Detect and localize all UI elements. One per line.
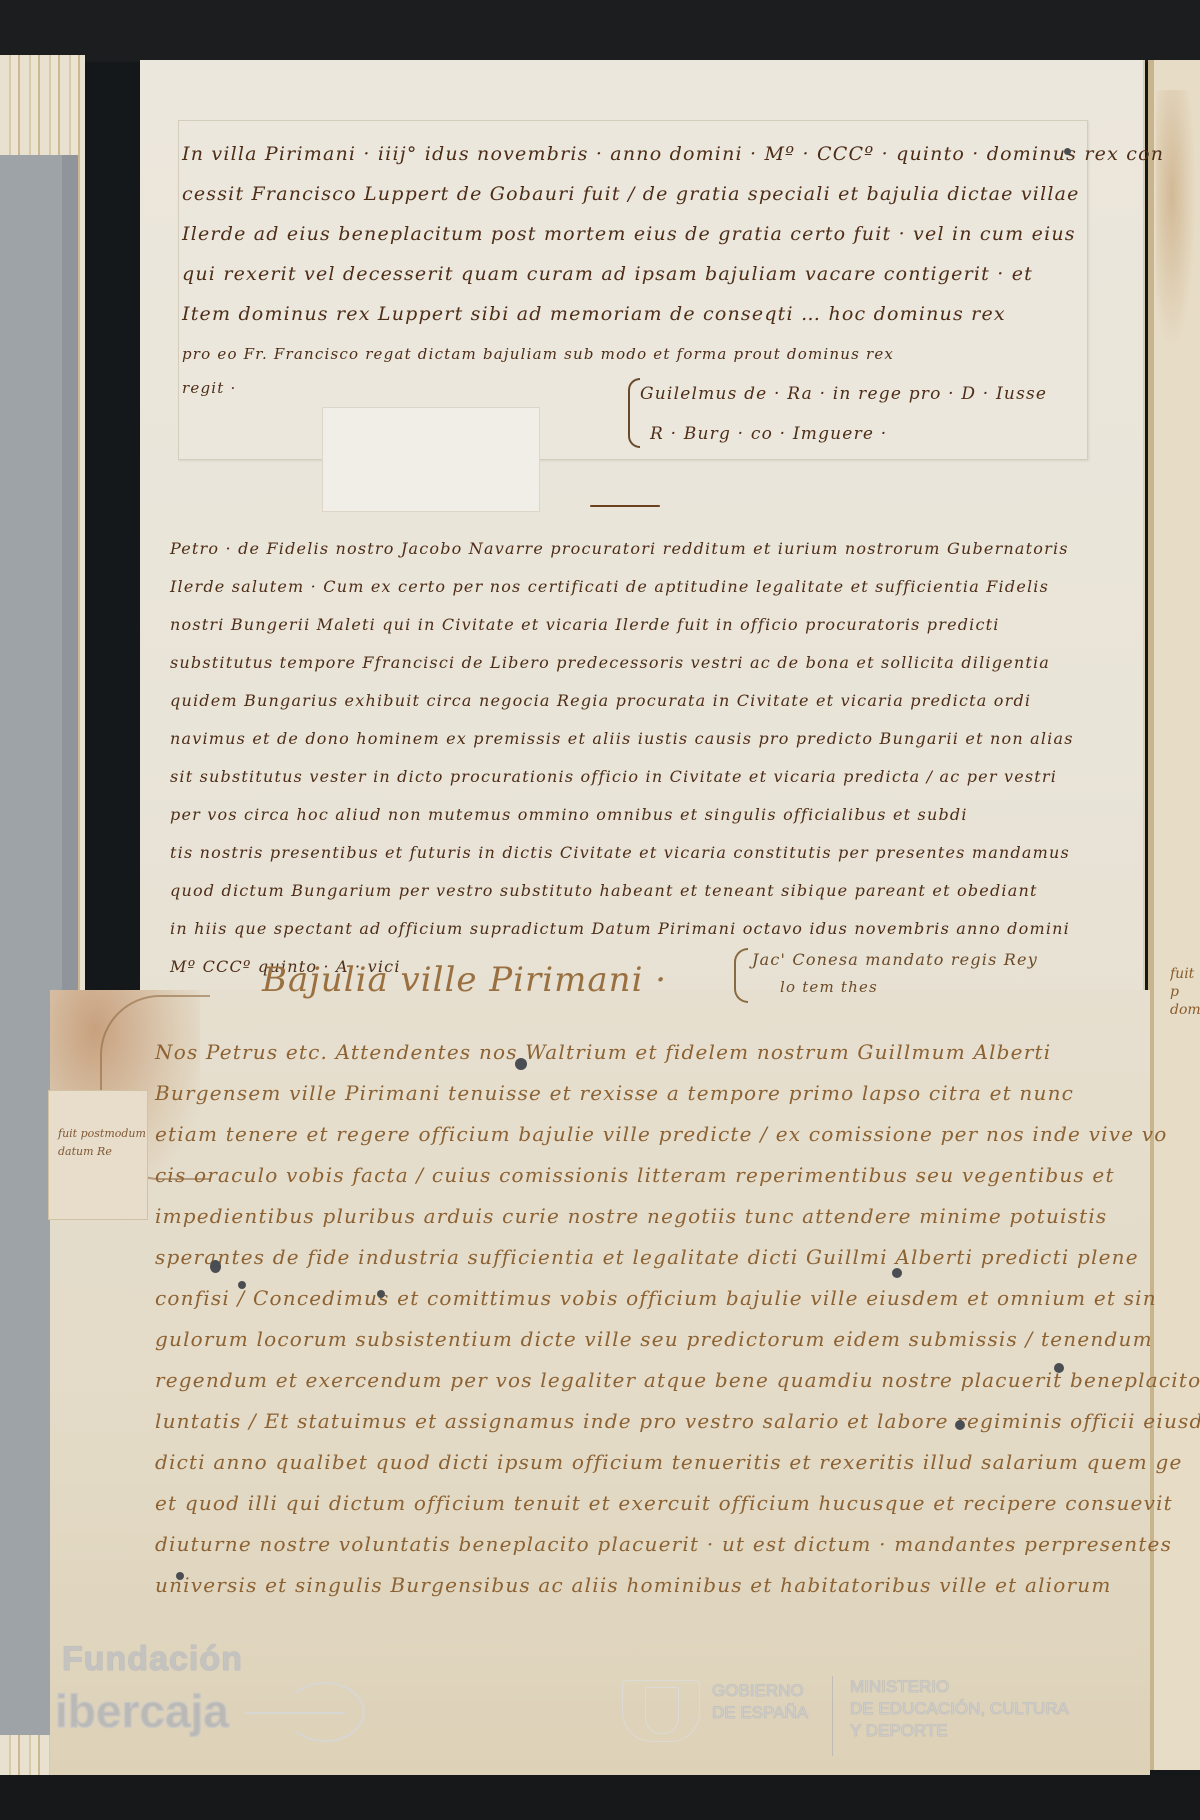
watermark-fundacion: Fundación <box>62 1640 243 1679</box>
text-line: navimus et de dono hominem ex premissis … <box>170 720 1074 758</box>
text-line: cessit Francisco Luppert de Gobauri fuit… <box>182 174 1164 214</box>
text-line: Burgensem ville Pirimani tenuisse et rex… <box>155 1073 1200 1114</box>
text-line: tis nostris presentibus et futuris in di… <box>170 834 1074 872</box>
wormhole <box>1064 148 1071 155</box>
text-line: gulorum locorum subsistentium dicte vill… <box>155 1319 1200 1360</box>
wormhole <box>377 1290 385 1298</box>
text-line: Ilerde ad eius beneplacitum post mortem … <box>182 214 1164 254</box>
wormhole <box>955 1420 965 1430</box>
watermark-ministerio: MINISTERIO DE EDUCACIÓN, CULTURA Y DEPOR… <box>850 1676 1069 1742</box>
wormhole <box>238 1281 246 1289</box>
middle-entry-text: Petro · de Fidelis nostro Jacobo Navarre… <box>170 530 1074 986</box>
wormhole <box>210 1260 221 1273</box>
wormhole <box>892 1268 902 1278</box>
text-line: in hiis que spectant ad officium supradi… <box>170 910 1074 948</box>
text-line: luntatis / Et statuimus et assignamus in… <box>155 1401 1200 1442</box>
upper-entry-text: In villa Pirimani · iiij° idus novembris… <box>182 134 1164 402</box>
lower-entry-text: Nos Petrus etc. Attendentes nos Waltrium… <box>155 1032 1200 1606</box>
section-heading: Bajulia ville Pirimani · <box>262 960 667 1000</box>
ibercaja-logo-stroke <box>245 1712 345 1714</box>
text-line: Ilerde salutem · Cum ex certo per nos ce… <box>170 568 1074 606</box>
bracket-mark <box>628 378 640 448</box>
paper-patch <box>322 407 540 512</box>
margin-note: fuit postmodum datum Re <box>58 1125 146 1161</box>
signature-line: lo tem thes <box>780 978 878 996</box>
wormhole <box>515 1058 527 1070</box>
watermark-divider <box>832 1676 833 1756</box>
text-line: sit substitutus vester in dicto procurat… <box>170 758 1074 796</box>
text-line: Nos Petrus etc. Attendentes nos Waltrium… <box>155 1032 1200 1073</box>
text-line: impedientibus pluribus arduis curie nost… <box>155 1196 1200 1237</box>
spain-coat-of-arms-icon <box>622 1680 700 1742</box>
text-line: universis et singulis Burgensibus ac ali… <box>155 1565 1200 1606</box>
watermark-ibercaja: ibercaja <box>55 1684 229 1738</box>
upper-right-note-line: Guilelmus de · Ra · in rege pro · D · Iu… <box>640 384 1047 404</box>
text-line: qui rexerit vel decesserit quam curam ad… <box>182 254 1164 294</box>
watermark-gobierno: GOBIERNO DE ESPAÑA <box>712 1680 808 1724</box>
text-line: et quod illi qui dictum officium tenuit … <box>155 1483 1200 1524</box>
text-line: sperantes de fide industria sufficientia… <box>155 1237 1200 1278</box>
bracket-mark <box>734 948 748 1003</box>
text-line: etiam tenere et regere officium bajulie … <box>155 1114 1200 1155</box>
scanner-background-bottom <box>0 1775 1200 1820</box>
right-edge-note: fuit p dom <box>1170 965 1200 1019</box>
text-line: Item dominus rex Luppert sibi ad memoria… <box>182 294 1164 334</box>
wormhole <box>1054 1363 1064 1373</box>
flourish-mark <box>590 505 660 507</box>
text-line: pro eo Fr. Francisco regat dictam bajuli… <box>182 334 1164 374</box>
text-line: cis oraculo vobis facta / cuius comissio… <box>155 1155 1200 1196</box>
wormhole <box>176 1572 184 1580</box>
text-line: dicti anno qualibet quod dicti ipsum off… <box>155 1442 1200 1483</box>
text-line: substitutus tempore Ffrancisci de Libero… <box>170 644 1074 682</box>
scanner-background-top <box>0 0 1200 62</box>
text-line: Petro · de Fidelis nostro Jacobo Navarre… <box>170 530 1074 568</box>
text-line: quidem Bungarius exhibuit circa negocia … <box>170 682 1074 720</box>
upper-right-note-line: R · Burg · co · Imguere · <box>650 424 887 444</box>
text-line: confisi / Concedimus et comittimus vobis… <box>155 1278 1200 1319</box>
text-line: nostri Bungerii Maleti qui in Civitate e… <box>170 606 1074 644</box>
text-line: quod dictum Bungarium per vestro substit… <box>170 872 1074 910</box>
text-line: diuturne nostre voluntatis beneplacito p… <box>155 1524 1200 1565</box>
text-line: In villa Pirimani · iiij° idus novembris… <box>182 134 1164 174</box>
text-line: per vos circa hoc aliud non mutemus ommi… <box>170 796 1074 834</box>
text-line: regendum et exercendum per vos legaliter… <box>155 1360 1200 1401</box>
signature-line: Jac' Conesa mandato regis Rey <box>752 950 1038 969</box>
